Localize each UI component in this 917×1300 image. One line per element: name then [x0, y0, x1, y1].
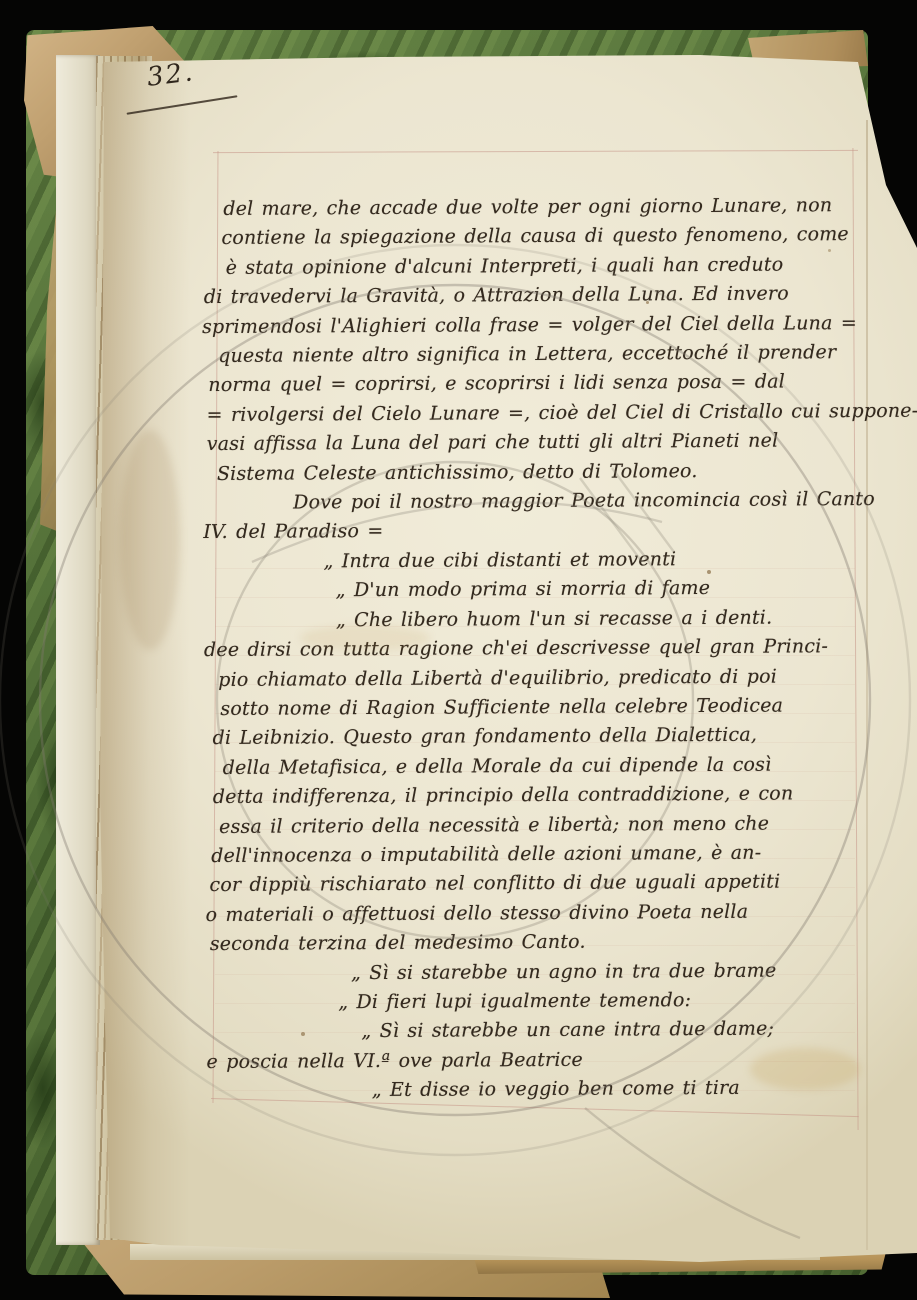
- handwritten-line: sotto nome di Ragion Sufficiente nella c…: [204, 691, 876, 725]
- handwritten-line: vasi affissa la Luna del pari che tutti …: [203, 426, 875, 460]
- handwritten-line: cor dippiù rischiarato nel conflitto di …: [205, 867, 877, 901]
- handwritten-line: „ Intra due cibi distanti et moventi: [203, 544, 875, 578]
- handwritten-line: di travedervi la Gravità, o Attrazion de…: [202, 279, 874, 313]
- handwritten-line: „ Sì si starebbe un agno in tra due bram…: [206, 956, 878, 990]
- damp-stain: [120, 430, 180, 650]
- manuscript-page: 32. del mare, che accade due volte per o…: [0, 0, 917, 1300]
- handwritten-line: questa niente altro significa in Lettera…: [202, 338, 874, 372]
- handwritten-line: della Metafisica, e della Morale da cui …: [205, 750, 877, 784]
- page-stack-edge: [56, 55, 100, 1245]
- handwritten-line: di Leibnizio. Questo gran fondamento del…: [204, 720, 876, 754]
- handwritten-line: detta indifferenza, il principio della c…: [205, 779, 877, 813]
- handwritten-line: o materiali o affettuosi dello stesso di…: [206, 897, 878, 931]
- handwritten-line: seconda terzina del medesimo Canto.: [206, 926, 878, 960]
- bleed-through-ghost: [750, 1048, 860, 1090]
- handwritten-line: sprimendosi l'Alighieri colla frase = vo…: [202, 309, 874, 343]
- handwritten-line: „ D'un modo prima si morria di fame: [204, 573, 876, 607]
- handwritten-line: essa il criterio della necessità e liber…: [205, 808, 877, 842]
- foxing-spot: [301, 1032, 305, 1036]
- handwritten-line: pio chiamato della Libertà d'equilibrio,…: [204, 661, 876, 695]
- handwritten-line: contiene la spiegazione della causa di q…: [201, 220, 873, 254]
- handwritten-line: „ Di fieri lupi igualmente temendo:: [206, 985, 878, 1019]
- bleed-through-ghost: [300, 625, 430, 651]
- handwritten-line: = rivolgersi del Cielo Lunare =, cioè de…: [202, 397, 874, 431]
- page-number: 32.: [146, 59, 196, 91]
- photo-background: 32. del mare, che accade due volte per o…: [0, 0, 917, 1300]
- handwritten-line: norma quel = coprirsi, e scoprirsi i lid…: [202, 367, 874, 401]
- handwritten-line: è stata opinione d'alcuni Interpreti, i …: [202, 250, 874, 284]
- page-number-underline: [127, 95, 238, 114]
- foxing-spot: [646, 301, 649, 304]
- handwritten-line: del mare, che accade due volte per ogni …: [201, 191, 873, 225]
- handwritten-line: „ Che libero huom l'un si recasse a i de…: [204, 603, 876, 637]
- handwritten-line: Dove poi il nostro maggior Poeta incomin…: [203, 485, 875, 519]
- handwritten-line: „ Sì si starebbe un cane intra due dame;: [206, 1014, 878, 1048]
- handwritten-line: Sistema Celeste antichissimo, detto di T…: [203, 456, 875, 490]
- foxing-spot: [707, 570, 711, 574]
- handwritten-text-block: del mare, che accade due volte per ogni …: [201, 191, 879, 1107]
- handwritten-line: IV. del Paradiso =: [203, 514, 875, 548]
- ruled-border-top: [213, 150, 858, 153]
- handwritten-line: dell'innocenza o imputabilità delle azio…: [205, 838, 877, 872]
- foxing-spot: [828, 249, 831, 252]
